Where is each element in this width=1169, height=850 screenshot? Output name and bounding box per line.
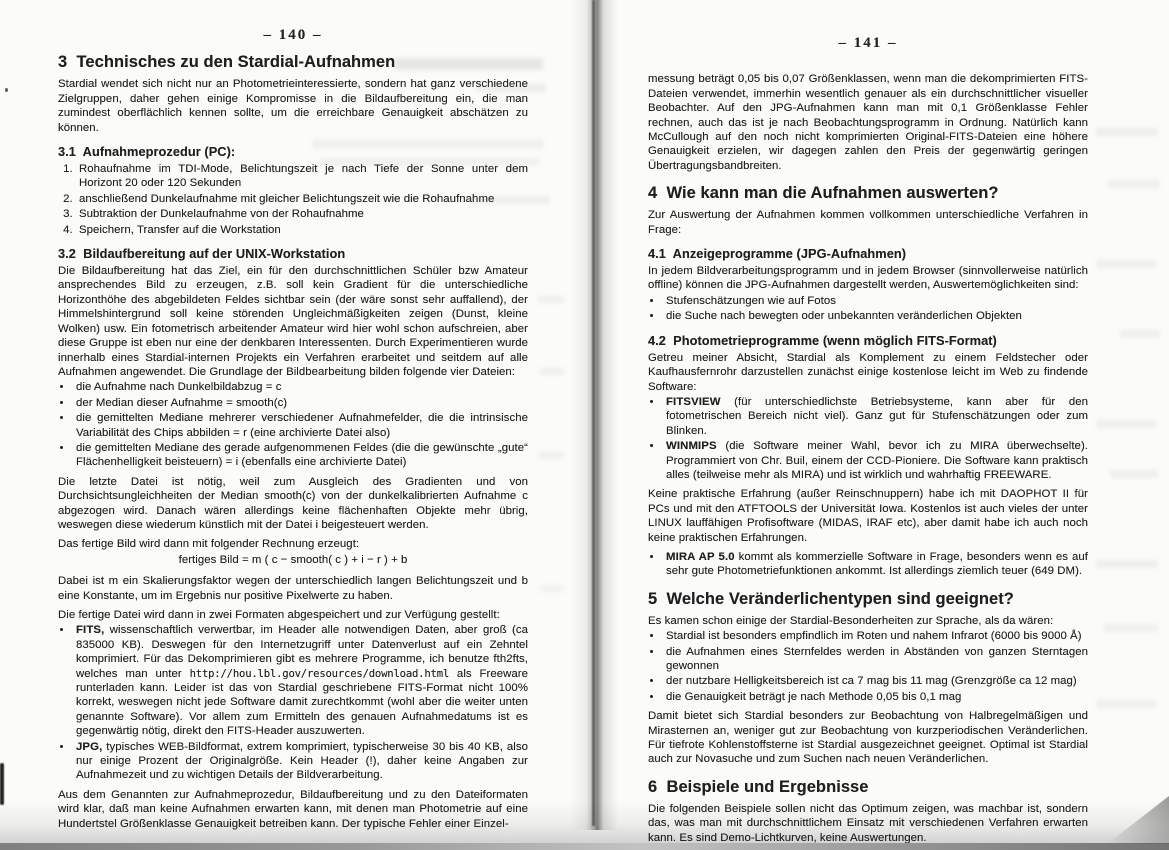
- list-item: WINMIPS (die Software meiner Wahl, bevor…: [663, 439, 1088, 482]
- list-item: die Aufnahmen eines Sternfeldes werden i…: [663, 645, 1088, 674]
- list-item: die Suche nach bewegten oder unbekannten…: [663, 309, 1088, 323]
- list-item: der nutzbare Helligkeitsbereich ist ca 7…: [663, 674, 1088, 688]
- page-140: – 140 – 3 Technisches zu den Stardial-Au…: [58, 28, 528, 836]
- paragraph: Damit bietet sich Stardial besonders zur…: [648, 709, 1088, 767]
- section-heading: 4 Wie kann man die Aufnahmen auswerten?: [648, 184, 1088, 203]
- bullet-list: MIRA AP 5.0 kommt als kommerzielle Softw…: [648, 550, 1088, 579]
- bleed-through-artifact: [1096, 420, 1156, 428]
- book-gutter-shadow: [570, 0, 618, 830]
- page-corner-shadow: [1107, 796, 1169, 844]
- bleed-through-artifact: [540, 585, 564, 592]
- paragraph: Dabei ist m ein Skalierungsfaktor wegen …: [58, 574, 528, 603]
- bleed-through-artifact: [1096, 560, 1158, 568]
- paragraph: Keine praktische Erfahrung (außer Reinsc…: [648, 487, 1088, 545]
- paragraph: Die fertige Datei wird dann in zwei Form…: [58, 608, 528, 622]
- bleed-through-artifact: [538, 296, 564, 303]
- scan-edge-speck: [5, 88, 8, 92]
- subsection-heading: 3.2 Bildaufbereitung auf der UNIX-Workst…: [58, 246, 528, 261]
- list-item: MIRA AP 5.0 kommt als kommerzielle Softw…: [663, 550, 1088, 579]
- bleed-through-artifact: [1120, 330, 1160, 338]
- bullet-list: Stufenschätzungen wie auf Fotosdie Suche…: [648, 294, 1088, 324]
- bleed-through-artifact: [1108, 180, 1160, 188]
- bleed-through-artifact: [1096, 700, 1156, 708]
- section-heading: 3 Technisches zu den Stardial-Aufnahmen: [58, 53, 528, 72]
- bleed-through-artifact: [1110, 470, 1158, 478]
- section-heading: 6 Beispiele und Ergebnisse: [648, 778, 1088, 797]
- page-141: – 141 – messung beträgt 0,05 bis 0,07 Gr…: [648, 36, 1088, 850]
- bleed-through-artifact: [540, 368, 564, 375]
- list-item: Rohaufnahme im TDI-Mode, Belichtungszeit…: [76, 162, 528, 191]
- list-item: FITSVIEW (für unterschiedlichste Betrieb…: [663, 395, 1088, 438]
- list-item: die gemittelten Mediane mehrerer verschi…: [73, 411, 528, 440]
- paragraph: Getreu meiner Absicht, Stardial als Komp…: [648, 351, 1088, 394]
- list-item: Speichern, Transfer auf die Workstation: [76, 223, 528, 237]
- paragraph: Es kamen schon einige der Stardial-Beson…: [648, 614, 1088, 628]
- list-item: der Median dieser Aufnahme = smooth(c): [73, 396, 528, 410]
- subsection-heading: 4.2 Photometrieprogramme (wenn möglich F…: [648, 333, 1088, 348]
- bullet-list: die Aufnahme nach Dunkelbildabzug = cder…: [58, 380, 528, 469]
- page-number-left: – 140 –: [58, 28, 528, 42]
- bleed-through-artifact: [1096, 260, 1156, 268]
- scan-edge-mark: [0, 763, 4, 805]
- list-item: die gemittelten Mediane des gerade aufge…: [73, 441, 528, 470]
- list-item: JPG, typisches WEB-Bildformat, extrem ko…: [73, 740, 528, 783]
- bleed-through-artifact: [538, 452, 564, 459]
- bullet-list: FITSVIEW (für unterschiedlichste Betrieb…: [648, 395, 1088, 482]
- subsection-heading: 3.1 Aufnahmeprozedur (PC):: [58, 144, 528, 159]
- numbered-list: Rohaufnahme im TDI-Mode, Belichtungszeit…: [58, 162, 528, 237]
- bleed-through-artifact: [1096, 128, 1158, 136]
- page-140-content: 3 Technisches zu den Stardial-AufnahmenS…: [58, 53, 528, 831]
- paragraph: messung beträgt 0,05 bis 0,07 Größenklas…: [648, 72, 1088, 173]
- paragraph: Die letzte Datei ist nötig, weil zum Aus…: [58, 475, 528, 533]
- list-item: Stufenschätzungen wie auf Fotos: [663, 294, 1088, 308]
- list-item: die Aufnahme nach Dunkelbildabzug = c: [73, 380, 528, 394]
- page-number-right: – 141 –: [648, 36, 1088, 50]
- bullet-list: FITS, wissenschaftlich verwertbar, im He…: [58, 623, 528, 782]
- paragraph: In jedem Bildverarbeitungsprogramm und i…: [648, 264, 1088, 293]
- list-item: FITS, wissenschaftlich verwertbar, im He…: [73, 623, 528, 738]
- page-141-content: messung beträgt 0,05 bis 0,07 Größenklas…: [648, 72, 1088, 845]
- bullet-list: Stardial ist besonders empfindlich im Ro…: [648, 629, 1088, 704]
- paragraph: Das fertige Bild wird dann mit folgender…: [58, 537, 528, 551]
- list-item: die Genauigkeit beträgt je nach Methode …: [663, 690, 1088, 704]
- paragraph: Zur Auswertung der Aufnahmen kommen voll…: [648, 208, 1088, 237]
- scanned-book-spread: – 140 – 3 Technisches zu den Stardial-Au…: [0, 0, 1169, 850]
- section-heading: 5 Welche Veränderlichentypen sind geeign…: [648, 590, 1088, 609]
- formula: fertiges Bild = m ( c − smooth( c ) + i …: [58, 553, 528, 567]
- subsection-heading: 4.1 Anzeigeprogramme (JPG-Aufnahmen): [648, 246, 1088, 261]
- list-item: Stardial ist besonders empfindlich im Ro…: [663, 629, 1088, 643]
- bleed-through-artifact: [1104, 624, 1158, 632]
- book-gutter-fold-line: [592, 0, 595, 826]
- list-item: Subtraktion der Dunkelaufnahme von der R…: [76, 207, 528, 221]
- paragraph: Aus dem Genannten zur Aufnahmeprozedur, …: [58, 788, 528, 831]
- paragraph: Stardial wendet sich nicht nur an Photom…: [58, 77, 528, 135]
- paragraph: Die folgenden Beispiele sollen nicht das…: [648, 802, 1088, 845]
- list-item: anschließend Dunkelaufnahme mit gleicher…: [76, 192, 528, 206]
- paragraph: Die Bildaufbereitung hat das Ziel, ein f…: [58, 264, 528, 379]
